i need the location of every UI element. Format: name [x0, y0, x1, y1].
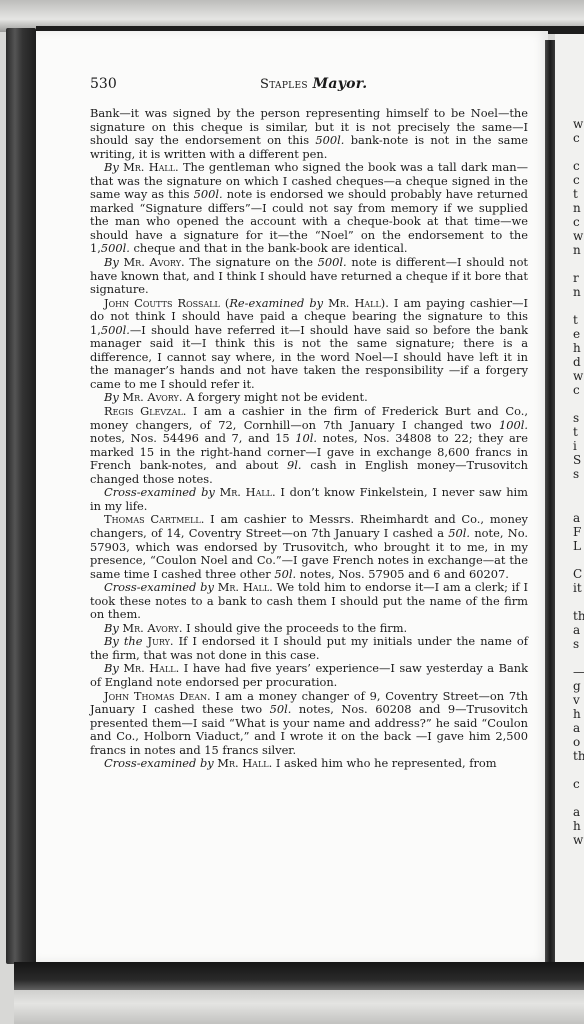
italic-text: By the	[104, 634, 143, 648]
right-page-text-fragment: th	[573, 750, 584, 762]
right-page-text-fragment: g	[573, 680, 581, 692]
italic-text: 500l.	[101, 323, 130, 337]
scan-background-bottom	[14, 990, 584, 1024]
italic-text: 100l.	[499, 418, 528, 432]
italic-text: By	[104, 621, 119, 635]
running-head: Staples Mayor.	[260, 76, 367, 92]
italic-text: By	[104, 160, 119, 174]
right-page-text-fragment: a	[573, 806, 580, 818]
right-page-text-fragment: h	[573, 342, 581, 354]
right-page-text-fragment: c	[573, 384, 580, 396]
paragraph: Cross-examined by Mr. Hall. We told him …	[90, 581, 528, 622]
right-page-text-fragment: L	[573, 540, 581, 552]
paragraph: By Mr. Avory. I should give the proceeds…	[90, 622, 528, 636]
speaker-name: Mr. Hall.	[214, 580, 273, 594]
right-page-text-fragment: F	[573, 526, 581, 538]
speaker-name: John Thomas Dean.	[104, 689, 211, 703]
paragraph: By Mr. Hall. I have had five years’ expe…	[90, 662, 528, 689]
italic-text: 500l.	[315, 133, 344, 147]
right-page-text-fragment: s	[573, 638, 579, 650]
paragraph: By Mr. Avory. The signature on the 500l.…	[90, 256, 528, 297]
speaker-name: Mr. Avory.	[119, 621, 183, 635]
italic-text: 10l.	[295, 431, 317, 445]
paragraph: Thomas Cartmell. I am cashier to Messrs.…	[90, 513, 528, 581]
right-page-text-fragment: t	[573, 426, 578, 438]
italic-text: Re-examined by	[229, 296, 323, 310]
right-page-text-fragment: o	[573, 736, 580, 748]
italic-text: By	[104, 390, 119, 404]
right-page-text-fragment: d	[573, 356, 581, 368]
right-page-text-fragment: v	[573, 694, 580, 706]
right-page-text-fragment: C	[573, 568, 582, 580]
paragraph: By Mr. Avory. A forgery might not be evi…	[90, 391, 528, 405]
text-run: —I should have referred it—I should have…	[90, 323, 528, 391]
speaker-name: Mr. Hall.	[119, 160, 179, 174]
right-page-text-fragment: c	[573, 160, 580, 172]
text-run: cheque and that in the bank-book are ide…	[130, 241, 408, 255]
speaker-name: Regis Glevzal.	[104, 404, 186, 418]
italic-text: 500l.	[194, 187, 223, 201]
book-bottom-edge	[14, 962, 584, 992]
right-page-text-fragment: w	[573, 230, 583, 242]
speaker-name: Mr. Hall.	[215, 485, 276, 499]
right-page-text-fragment: c	[573, 132, 580, 144]
right-page-text-fragment: th	[573, 610, 584, 622]
right-page-text-fragment: it	[573, 582, 582, 594]
italic-text: By	[104, 255, 119, 269]
paragraph: John Coutts Rossall (Re-examined by Mr. …	[90, 297, 528, 392]
italic-text: 500l.	[101, 241, 130, 255]
italic-text: Cross-examined by	[104, 580, 214, 594]
paragraph: Cross-examined by Mr. Hall. I don’t know…	[90, 486, 528, 513]
text-run: A forgery might not be evident.	[182, 390, 367, 404]
speaker-name: Mr. Hall.	[119, 661, 179, 675]
book-binding-left	[6, 28, 36, 964]
text-run: The signature on the	[185, 255, 318, 269]
right-page-text-fragment: w	[573, 370, 583, 382]
right-page-text-fragment: s	[573, 468, 579, 480]
italic-text: 50l.	[448, 526, 470, 540]
right-page-text-fragment: n	[573, 202, 581, 214]
italic-text: 9l.	[287, 458, 302, 472]
italic-text: 50l.	[270, 702, 292, 716]
italic-text: By	[104, 661, 119, 675]
italic-text: 500l.	[318, 255, 347, 269]
right-page-text-fragment: a	[573, 722, 580, 734]
book-page-right-sliver: wccctncwnrntehdwcstiSsaFLCitthas—gvhaoth…	[555, 34, 584, 964]
speaker-name: Jury.	[143, 634, 174, 648]
speaker-name: Mr. Avory.	[119, 255, 185, 269]
text-run: notes, Nos. 54496 and 7, and 15	[90, 431, 295, 445]
speaker-name: John Coutts Rossall	[104, 296, 220, 310]
paragraph: John Thomas Dean. I am a money changer o…	[90, 690, 528, 758]
text-run: notes, Nos. 57905 and 6 and 60207.	[296, 567, 509, 581]
italic-text: Cross-examined by	[104, 485, 215, 499]
paragraph: Bank—it was signed by the person represe…	[90, 107, 528, 161]
right-page-text-fragment: c	[573, 216, 580, 228]
text-run: (	[220, 296, 230, 310]
right-page-text-fragment: s	[573, 412, 579, 424]
text-run: I should give the proceeds to the firm.	[182, 621, 407, 635]
right-page-text-fragment: w	[573, 118, 583, 130]
page-gutter-divider	[545, 40, 555, 965]
right-page-text-fragment: i	[573, 440, 577, 452]
right-page-text-fragment: e	[573, 328, 580, 340]
speaker-name: Thomas Cartmell.	[104, 512, 204, 526]
right-page-text-fragment: S	[573, 454, 581, 466]
paragraph: By Mr. Hall. The gentleman who signed th…	[90, 161, 528, 256]
right-page-text-fragment: —	[573, 666, 584, 678]
right-page-text-fragment: r	[573, 272, 579, 284]
italic-text: 50l.	[274, 567, 296, 581]
right-page-text-fragment: c	[573, 174, 580, 186]
running-head-name: Staples	[260, 77, 308, 92]
right-page-text-fragment: n	[573, 286, 581, 298]
right-page-text-fragment: c	[573, 778, 580, 790]
paragraph: Regis Glevzal. I am a cashier in the fir…	[90, 405, 528, 486]
page-header: 530 Staples Mayor.	[90, 76, 528, 96]
page-number: 530	[90, 76, 117, 92]
italic-text: Cross-examined by	[104, 756, 214, 770]
paragraph: Cross-examined by Mr. Hall. I asked him …	[90, 757, 528, 771]
right-page-text-fragment: h	[573, 820, 581, 832]
speaker-name: Mr. Hall.	[214, 756, 273, 770]
right-page-text-fragment: t	[573, 314, 578, 326]
right-page-text-fragment: a	[573, 624, 580, 636]
text-run: I asked him who he represented, from	[272, 756, 496, 770]
paragraph: By the Jury. If I endorsed it I should p…	[90, 635, 528, 662]
speaker-name: Mr. Avory.	[119, 390, 183, 404]
testimony-text: Bank—it was signed by the person represe…	[90, 107, 528, 771]
right-page-text-fragment: n	[573, 244, 581, 256]
speaker-name: Mr. Hall	[323, 296, 381, 310]
right-page-text-fragment: t	[573, 188, 578, 200]
running-head-title: Mayor.	[313, 76, 368, 92]
right-page-text-fragment: h	[573, 708, 581, 720]
right-page-text-fragment: a	[573, 512, 580, 524]
right-page-text-fragment: w	[573, 834, 583, 846]
